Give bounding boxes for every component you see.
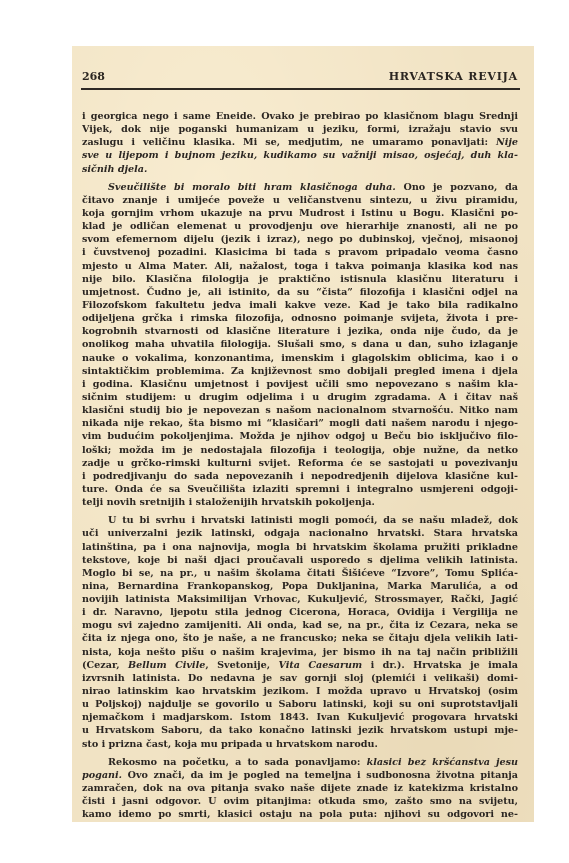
- text-line: u Hrvatskom Saboru, da tako konačno lati…: [82, 724, 518, 737]
- text-line: u Poljskoj) najdulje se govorilo u Sabor…: [82, 698, 518, 711]
- text-line: Sveučilište bi moralo biti hram klasično…: [82, 181, 518, 194]
- text-line: koja gornjim vrhom ukazuje na prvu Mudro…: [82, 207, 518, 220]
- header-rule: [81, 88, 520, 90]
- text-line: klasični studij bio je nepovezan s našom…: [82, 404, 518, 417]
- text-line: kogrobnih stvarnosti od klasične literat…: [82, 325, 518, 338]
- paragraph: U tu bi svrhu i hrvatski latinisti mogli…: [82, 514, 518, 751]
- scanned-page: 268 HRVATSKA REVIJA i georgica nego i sa…: [72, 46, 534, 822]
- text-line: zadje u grčko-rimski kulturni svijet. Re…: [82, 457, 518, 470]
- text-line: Rekosmo na početku, a to sada ponavljamo…: [82, 756, 518, 769]
- journal-title: HRVATSKA REVIJA: [389, 70, 518, 83]
- text-line: čitavo znanje i umijeće poveže u veličan…: [82, 194, 518, 207]
- text-line: i georgica nego i same Eneide. Ovako je …: [82, 110, 518, 123]
- text-line: Vijek, dok nije poganski humanizam u jez…: [82, 123, 518, 136]
- text-line: telji novih sretnijih i staloženijih hrv…: [82, 496, 518, 509]
- text-line: izvrsnih latinista. Do nedavna je sav go…: [82, 672, 518, 685]
- text-line: sičnim studijem: u drugim odjelima i u d…: [82, 391, 518, 404]
- text-line: latinština, pa i ona najnovija, mogla bi…: [82, 541, 518, 554]
- text-line: i čuvstvenoj pozadini. Klasicima bi tada…: [82, 246, 518, 259]
- text-line: nije bilo. Klasična filologija je prakti…: [82, 273, 518, 286]
- text-line: i podredjivanju do sada nepovezanih i ne…: [82, 470, 518, 483]
- text-line: klad je odličan elemenat u provodjenju o…: [82, 220, 518, 233]
- text-line: U tu bi svrhu i hrvatski latinisti mogli…: [82, 514, 518, 527]
- text-line: sintaktičkim problemima. Za književnost …: [82, 365, 518, 378]
- text-line: mogu svi zajedno zamijeniti. Ali onda, k…: [82, 619, 518, 632]
- text-line: umjetnost. Čudno je, ali istinito, da su…: [82, 286, 518, 299]
- text-line: nikada nije rekao, šta bismo mi “klasiča…: [82, 417, 518, 430]
- page-number: 268: [82, 70, 105, 83]
- text-line: novijih latinista Maksimilijan Vrhovac, …: [82, 593, 518, 606]
- text-line: Moglo bi se, na pr., u našim školama čit…: [82, 567, 518, 580]
- paragraph: Sveučilište bi moralo biti hram klasično…: [82, 181, 518, 510]
- text-line: čisti i jasni odgovor. U ovim pitanjima:…: [82, 795, 518, 808]
- text-line: kamo idemo po smrti, klasici ostaju na p…: [82, 808, 518, 821]
- text-line: i dr. Naravno, ljepotu stila jednog Cice…: [82, 606, 518, 619]
- text-line: i godina. Klasičnu umjetnost i povijest …: [82, 378, 518, 391]
- text-line: svom efemernom dijelu (jezik i izraz), n…: [82, 233, 518, 246]
- paragraph: Rekosmo na početku, a to sada ponavljamo…: [82, 756, 518, 822]
- text-line: zaslugu i veličinu klasika. Mi se, medju…: [82, 136, 518, 149]
- text-line: njemačkom i madjarskom. Istom 1843. Ivan…: [82, 711, 518, 724]
- text-line: onolikog maha uhvatila filologija. Sluša…: [82, 338, 518, 351]
- text-line: čita iz njega ono, što je naše, a ne fra…: [82, 632, 518, 645]
- text-line: tekstove, koje bi naši djaci proučavali …: [82, 554, 518, 567]
- text-line: Filozofskom fakultetu jedva imali kakve …: [82, 299, 518, 312]
- text-line: sto i prizna čast, koja mu pripada u hrv…: [82, 738, 518, 751]
- text-line: sičnih djela.: [82, 163, 518, 176]
- article-body: i georgica nego i same Eneide. Ovako je …: [82, 110, 518, 826]
- text-line: pogani. Ovo znači, da im je pogled na te…: [82, 769, 518, 782]
- text-line: nista, koja nešto pišu o našim krajevima…: [82, 646, 518, 659]
- text-line: ture. Onda će sa Sveučilišta izlaziti sp…: [82, 483, 518, 496]
- text-line: nirao latinskim kao hrvatskim jezikom. I…: [82, 685, 518, 698]
- text-line: mjesto u Alma Mater. Ali, nažalost, toga…: [82, 260, 518, 273]
- text-line: nauke o vokalima, konzonantima, imenskim…: [82, 352, 518, 365]
- text-line: sve u lijepom i bujnom jeziku, kudikamo …: [82, 149, 518, 162]
- running-header: 268 HRVATSKA REVIJA: [82, 70, 518, 86]
- text-line: uči univerzalni jezik latinski, odgaja n…: [82, 527, 518, 540]
- text-line: zamračen, dok na ova pitanja svako naše …: [82, 782, 518, 795]
- paragraph: i georgica nego i same Eneide. Ovako je …: [82, 110, 518, 176]
- text-line: nina, Bernardina Frankopanskog, Popa Duk…: [82, 580, 518, 593]
- text-line: odijeljena grčka i rimska filozofija, od…: [82, 312, 518, 325]
- text-line: (Cezar, Bellum Civile, Svetonije, Vita C…: [82, 659, 518, 672]
- text-line: vim budućim pokoljenjima. Možda je njiho…: [82, 430, 518, 443]
- text-line: loški; možda im je nedostajala filozofij…: [82, 444, 518, 457]
